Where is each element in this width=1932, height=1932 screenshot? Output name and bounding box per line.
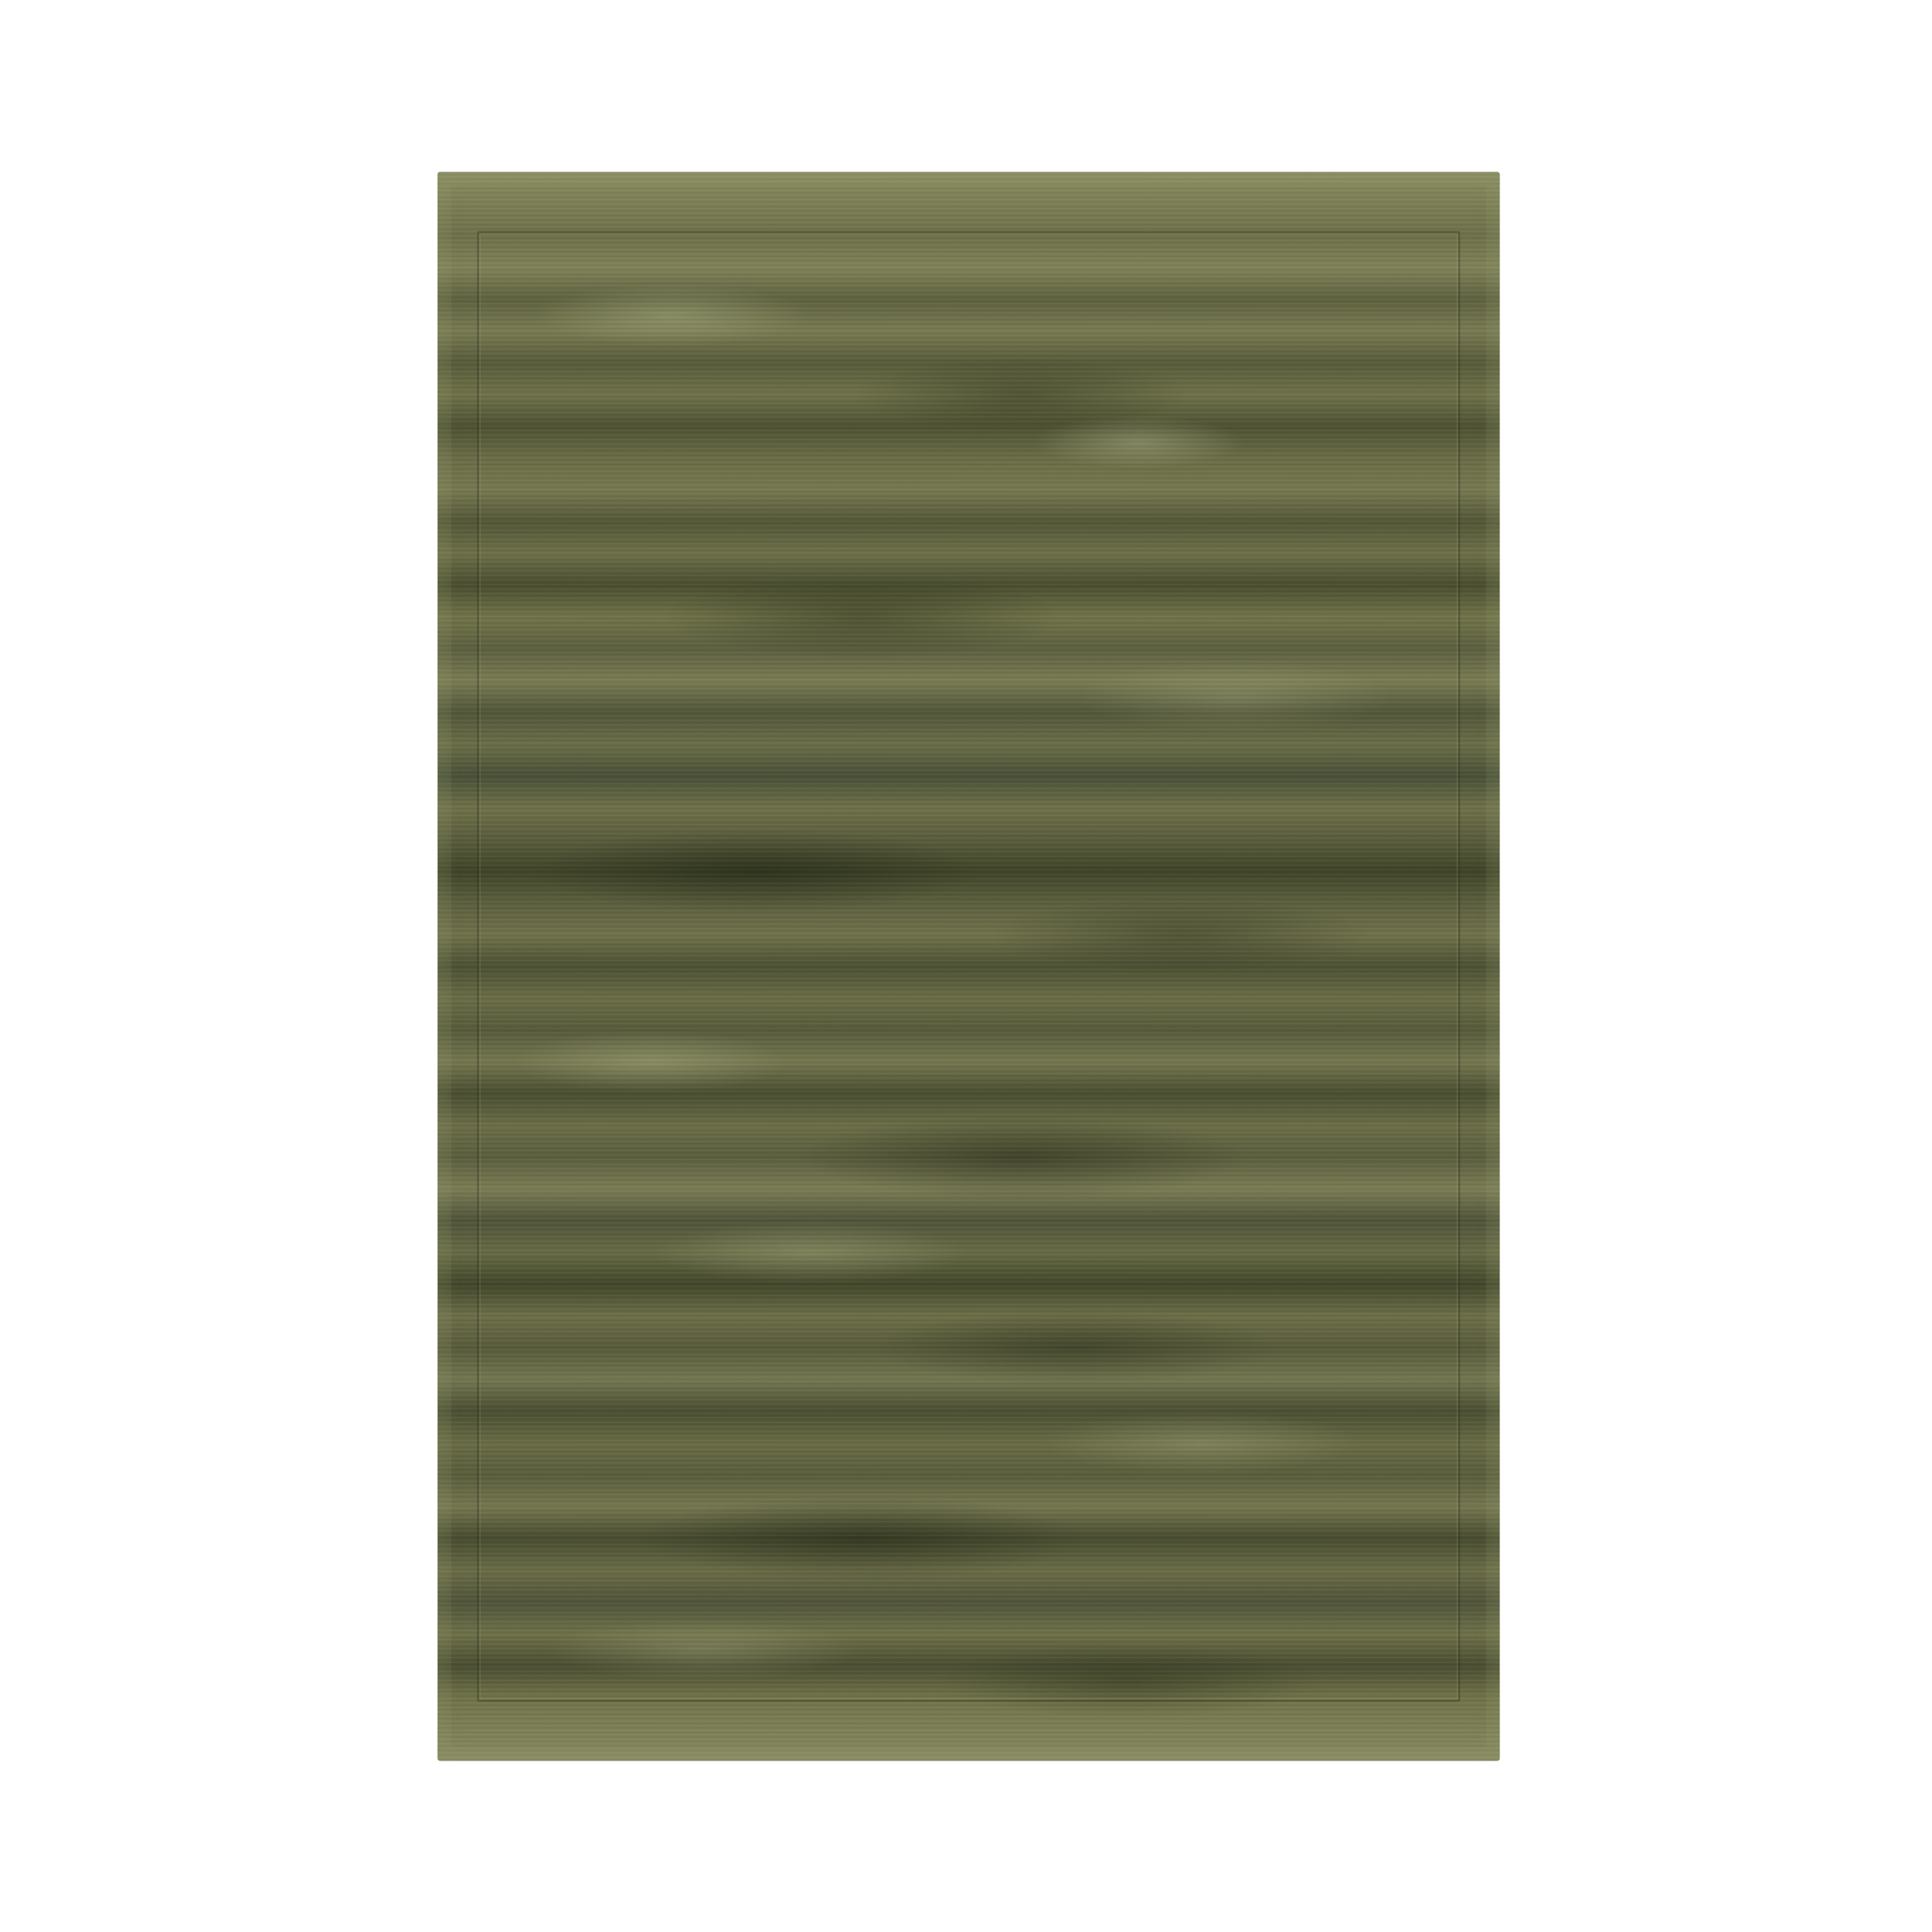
rug-image [438, 172, 1500, 1761]
rug-border-inset [477, 231, 1460, 1702]
product-photo-canvas [0, 0, 1932, 1932]
